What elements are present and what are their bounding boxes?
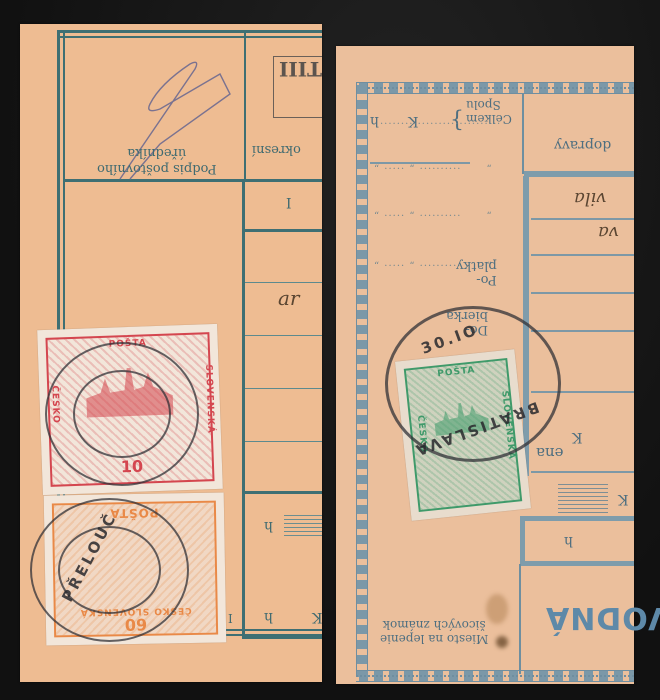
stain	[496, 636, 508, 648]
ditto-row: “ ····· “ ·········· “	[374, 164, 493, 175]
form-rule	[245, 636, 322, 639]
fill-line: .............................	[380, 116, 501, 127]
form-rule	[245, 441, 322, 442]
form-rule	[531, 330, 634, 332]
hatched-box	[558, 484, 608, 514]
ornamental-border-bottom	[356, 670, 634, 682]
form-heading: VODNÁ	[545, 600, 660, 635]
signature-label-line2: úředníka	[128, 145, 187, 160]
form-bar	[520, 561, 634, 566]
stain	[486, 594, 508, 624]
stamp-frame-text: ČESKO	[49, 385, 60, 424]
form-border-top	[57, 30, 322, 38]
signature-label-line1: Podpis poštovního	[97, 161, 217, 176]
currency-h: h	[370, 114, 379, 128]
ditto-row: “ ····· “ ·········· “	[374, 211, 493, 222]
fee-label: Po-platky	[456, 258, 497, 286]
form-rule	[531, 292, 634, 294]
stamp-value: 60	[125, 615, 148, 634]
column-letter: h	[264, 518, 273, 534]
district-label: okresní	[252, 142, 301, 157]
row-marker: I	[228, 612, 233, 626]
stamp-hradcany-10-red: POŠTA ČESKO SLOVENSKÁ 10	[37, 324, 223, 495]
form-rule	[531, 218, 634, 220]
column-letter: I	[286, 194, 292, 210]
ornamental-border-top	[356, 82, 634, 94]
price-label: ena	[536, 446, 563, 460]
currency-k: K	[572, 430, 582, 444]
form-bar	[520, 516, 525, 561]
column-letter: h	[264, 609, 273, 625]
stamp-affix-label: Miesto na lepeniešicových známok	[380, 618, 488, 646]
boxed-cachet: TIII	[273, 56, 322, 118]
form-bar	[524, 171, 634, 177]
currency-h: h	[564, 534, 573, 548]
form-rule	[245, 282, 322, 283]
currency-k: K	[618, 492, 628, 506]
form-rule	[245, 388, 322, 389]
hatched-box	[284, 515, 322, 539]
stamp-design: POŠTA ČESKO SLOVENSKÁ 10	[45, 332, 214, 487]
form-rule	[531, 471, 634, 473]
form-bar	[520, 516, 634, 521]
form-rule	[531, 254, 634, 256]
stamp-frame-text: SLOVENSKÁ	[203, 364, 215, 434]
stamp-frame-text: POŠTA	[437, 365, 476, 379]
castle-icon	[80, 358, 178, 427]
handwriting: ar	[278, 286, 299, 310]
stamp-hradcany-60-orange: ČESKO SLOVENSKÁ POŠTA 60	[44, 492, 227, 645]
stamp-value: 10	[121, 457, 144, 477]
form-rule	[245, 335, 322, 336]
form-divider	[522, 94, 524, 174]
form-divider	[244, 32, 246, 180]
form-rule	[531, 391, 634, 393]
handwriting: vila	[574, 188, 606, 209]
form-divider	[519, 564, 521, 674]
handwriting: va	[598, 222, 619, 243]
form-rule	[245, 491, 322, 494]
ornamental-border-left	[356, 82, 368, 677]
transport-label: dopravy	[554, 138, 611, 152]
stamp-frame-text: POŠTA	[108, 338, 146, 349]
form-divider	[242, 179, 245, 639]
column-letter: K	[312, 609, 322, 625]
signature-label: Podpis poštovního úředníka	[72, 144, 242, 176]
form-bar	[523, 176, 529, 476]
form-rule	[245, 229, 322, 232]
